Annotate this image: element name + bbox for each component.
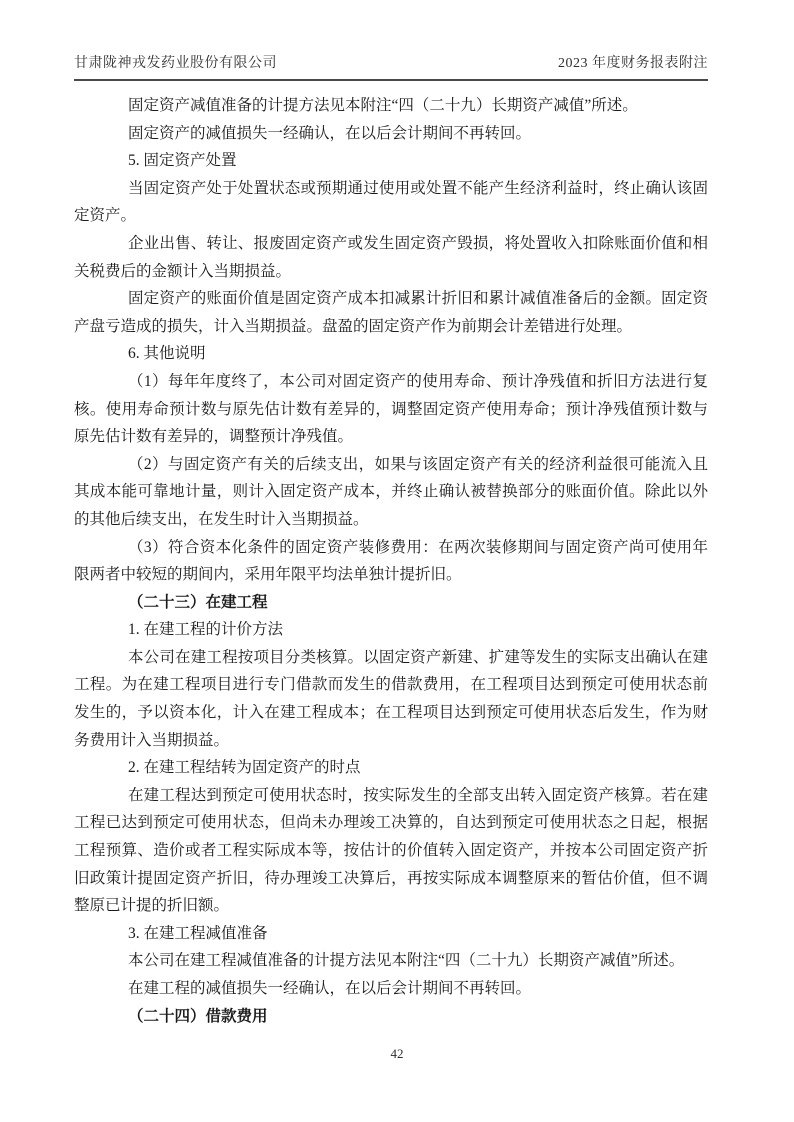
paragraph-renovation-costs: （3）符合资本化条件的固定资产装修费用：在两次装修期间与固定资产尚可使用年限两者… [74,534,708,589]
section-heading-borrowing-costs: （二十四）借款费用 [74,1003,708,1031]
document-page: 甘肃陇神戎发药业股份有限公司 2023 年度财务报表附注 固定资产减值准备的计提… [0,0,794,1122]
page-footer: 42 [0,1046,794,1062]
paragraph-annual-review: （1）每年年度终了，本公司对固定资产的使用寿命、预计净残值和折旧方法进行复核。使… [74,368,708,451]
subheading-other-notes: 6. 其他说明 [74,340,708,368]
document-body: 固定资产减值准备的计提方法见本附注“四（二十九）长期资产减值”所述。 固定资产的… [74,92,708,1030]
paragraph-carrying-amount: 固定资产的账面价值是固定资产成本扣减累计折旧和累计减值准备后的金额。固定资产盘亏… [74,285,708,340]
header-company-name: 甘肃陇神戎发药业股份有限公司 [74,54,277,74]
paragraph-disposal-gain-loss: 企业出售、转让、报废固定资产或发生固定资产毁损，将处置收入扣除账面价值和相关税费… [74,230,708,285]
paragraph-disposal-derecognition: 当固定资产处于处置状态或预期通过使用或处置不能产生经济利益时，终止确认该固定资产… [74,175,708,230]
header-doc-title: 2023 年度财务报表附注 [558,54,708,74]
paragraph-cip-impairment-method: 本公司在建工程减值准备的计提方法见本附注“四（二十九）长期资产减值”所述。 [74,947,708,975]
page-number: 42 [391,1046,404,1061]
paragraph-cip-transfer: 在建工程达到预定可使用状态时，按实际发生的全部支出转入固定资产核算。若在建工程已… [74,782,708,920]
paragraph-cip-valuation: 本公司在建工程按项目分类核算。以固定资产新建、扩建等发生的实际支出确认在建工程。… [74,644,708,754]
paragraph-fixed-asset-impairment-no-reversal: 固定资产的减值损失一经确认，在以后会计期间不再转回。 [74,120,708,148]
subheading-fixed-asset-disposal: 5. 固定资产处置 [74,147,708,175]
subheading-cip-valuation-method: 1. 在建工程的计价方法 [74,616,708,644]
subheading-cip-transfer-timing: 2. 在建工程结转为固定资产的时点 [74,754,708,782]
subheading-cip-impairment: 3. 在建工程减值准备 [74,920,708,948]
paragraph-fixed-asset-impairment-method: 固定资产减值准备的计提方法见本附注“四（二十九）长期资产减值”所述。 [74,92,708,120]
section-heading-construction-in-progress: （二十三）在建工程 [74,589,708,617]
page-header: 甘肃陇神戎发药业股份有限公司 2023 年度财务报表附注 [74,54,708,81]
paragraph-cip-impairment-no-reversal: 在建工程的减值损失一经确认，在以后会计期间不再转回。 [74,975,708,1003]
paragraph-subsequent-expenditure: （2）与固定资产有关的后续支出，如果与该固定资产有关的经济利益很可能流入且其成本… [74,451,708,534]
